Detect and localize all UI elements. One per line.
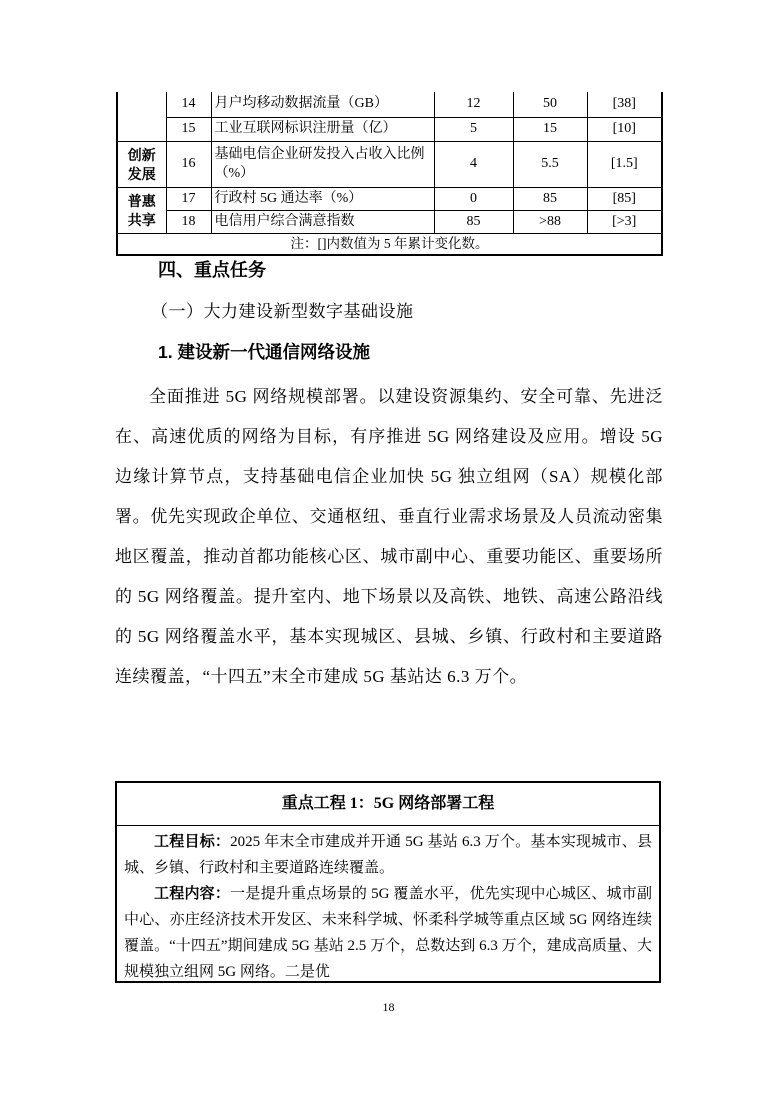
row-index: 16 bbox=[166, 142, 211, 188]
indicator-name: 电信用户综合满意指数 bbox=[211, 211, 434, 234]
page-number: 18 bbox=[0, 1000, 777, 1015]
project-goal-paragraph: 工程目标：2025 年末全市建成并开通 5G 基站 6.3 万个。基本实现城市、… bbox=[124, 829, 652, 881]
project-box-title: 重点工程 1：5G 网络部署工程 bbox=[117, 783, 659, 826]
indicator-table: 14 月户均移动数据流量（GB） 12 50 [38] 15 工业互联网标识注册… bbox=[116, 92, 663, 256]
category-cell-innovation: 创新发展 bbox=[117, 142, 166, 188]
row-index: 18 bbox=[166, 211, 211, 234]
body-paragraph: 全面推进 5G 网络规模部署。以建设资源集约、安全可靠、先进泛在、高速优质的网络… bbox=[115, 377, 663, 697]
indicator-name: 工业互联网标识注册量（亿） bbox=[211, 118, 434, 142]
row-index: 17 bbox=[166, 188, 211, 211]
table-note: 注：[]内数值为 5 年累计变化数。 bbox=[117, 234, 662, 256]
row-index: 15 bbox=[166, 118, 211, 142]
table-row-15: 15 工业互联网标识注册量（亿） 5 15 [10] bbox=[117, 118, 662, 142]
section-heading: 四、重点任务 bbox=[158, 257, 266, 283]
project-box-body: 工程目标：2025 年末全市建成并开通 5G 基站 6.3 万个。基本实现城市、… bbox=[117, 826, 659, 983]
indicator-target-value: 85 bbox=[513, 188, 587, 211]
indicator-start-value: 85 bbox=[434, 211, 513, 234]
indicator-start-value: 4 bbox=[434, 142, 513, 188]
indicator-start-value: 5 bbox=[434, 118, 513, 142]
project-content-paragraph: 工程内容：一是提升重点场景的 5G 覆盖水平，优先实现中心城区、城市副中心、亦庄… bbox=[124, 881, 652, 983]
indicator-name: 基础电信企业研发投入占收入比例（%） bbox=[211, 142, 434, 188]
row-index: 14 bbox=[166, 92, 211, 118]
indicator-target-value: 15 bbox=[513, 118, 587, 142]
document-page: 14 月户均移动数据流量（GB） 12 50 [38] 15 工业互联网标识注册… bbox=[0, 0, 777, 1098]
table-row-16: 创新发展 16 基础电信企业研发投入占收入比例（%） 4 5.5 [1.5] bbox=[117, 142, 662, 188]
project-goal-label: 工程目标： bbox=[154, 834, 230, 850]
subsection-heading: （一）大力建设新型数字基础设施 bbox=[151, 299, 414, 325]
indicator-start-value: 12 bbox=[434, 92, 513, 118]
indicator-change-value: [>3] bbox=[587, 211, 662, 234]
table-note-row: 注：[]内数值为 5 年累计变化数。 bbox=[117, 234, 662, 256]
category-cell-inclusive: 普惠共享 bbox=[117, 188, 166, 234]
item-heading: 1. 建设新一代通信网络设施 bbox=[158, 339, 370, 365]
indicator-start-value: 0 bbox=[434, 188, 513, 211]
project-content-label: 工程内容： bbox=[154, 886, 230, 902]
table-row-17: 普惠共享 17 行政村 5G 通达率（%） 0 85 [85] bbox=[117, 188, 662, 211]
indicator-target-value: 5.5 bbox=[513, 142, 587, 188]
category-cell-empty bbox=[117, 92, 166, 142]
indicator-name: 月户均移动数据流量（GB） bbox=[211, 92, 434, 118]
indicator-name: 行政村 5G 通达率（%） bbox=[211, 188, 434, 211]
indicator-change-value: [85] bbox=[587, 188, 662, 211]
key-project-box: 重点工程 1：5G 网络部署工程 工程目标：2025 年末全市建成并开通 5G … bbox=[115, 781, 661, 983]
indicator-target-value: >88 bbox=[513, 211, 587, 234]
indicator-change-value: [38] bbox=[587, 92, 662, 118]
table-row-14: 14 月户均移动数据流量（GB） 12 50 [38] bbox=[117, 92, 662, 118]
table-row-18: 18 电信用户综合满意指数 85 >88 [>3] bbox=[117, 211, 662, 234]
indicator-change-value: [1.5] bbox=[587, 142, 662, 188]
indicator-target-value: 50 bbox=[513, 92, 587, 118]
indicator-change-value: [10] bbox=[587, 118, 662, 142]
